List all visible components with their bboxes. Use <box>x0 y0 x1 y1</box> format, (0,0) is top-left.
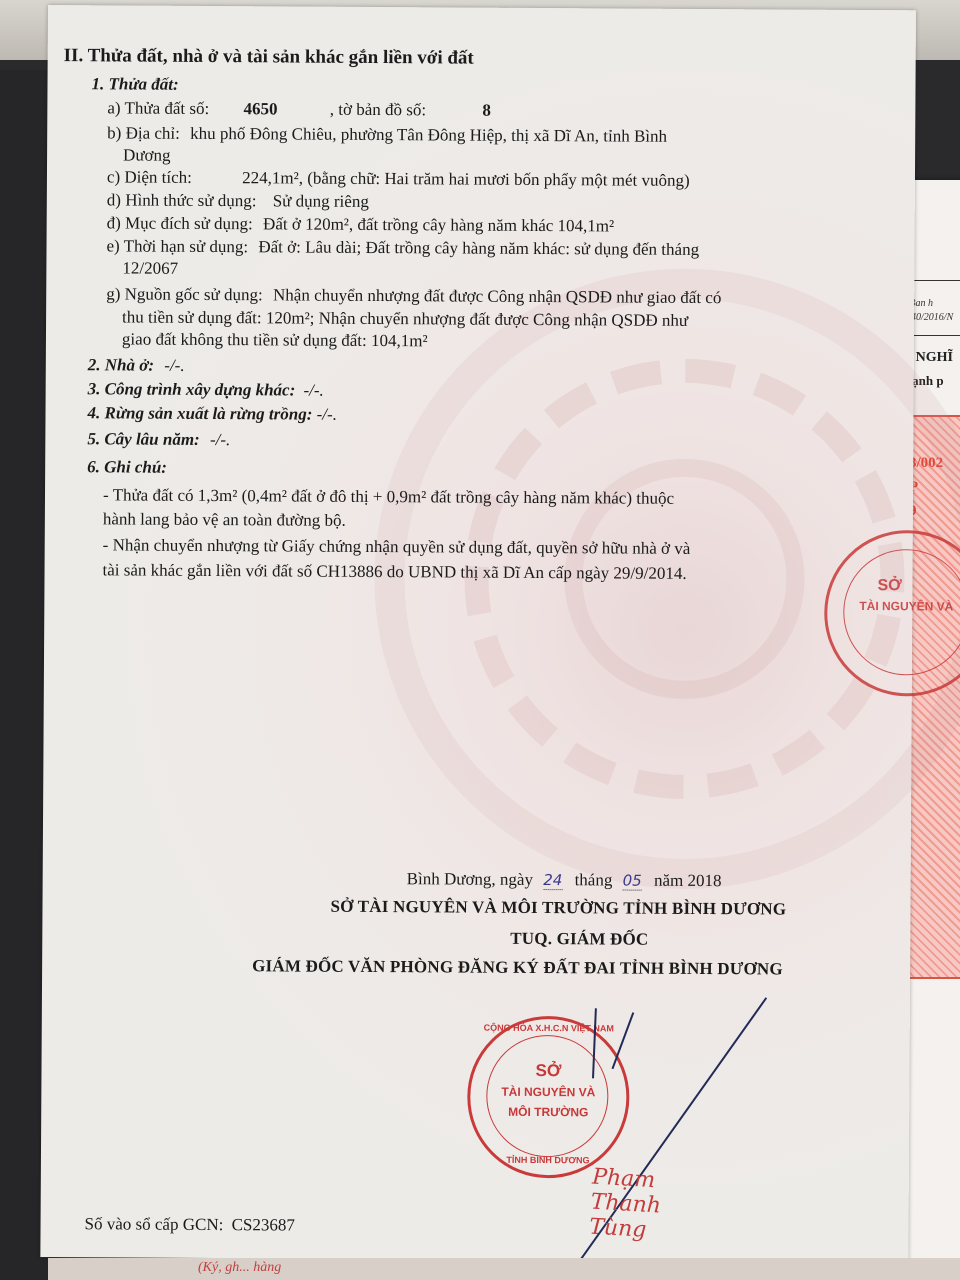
note-line-1: - Thửa đất có 1,3m² (0,4m² đất ở đô thị … <box>103 485 674 508</box>
date-month: 05 <box>623 872 642 891</box>
usage-term-value: Đất ở: Lâu dài; Đất trồng cây hàng năm k… <box>258 237 699 259</box>
seal-center-line-3: MÔI TRƯỜNG <box>470 1105 626 1120</box>
seal-outer-top-text: CỘNG HÒA X.H.C.N VIỆT NAM <box>471 1023 627 1034</box>
registry-value: CS23687 <box>232 1215 295 1234</box>
seal-center-line-1: SỞ <box>470 1061 626 1082</box>
issuing-org: SỞ TÀI NGUYÊN VÀ MÔI TRƯỜNG TỈNH BÌNH DƯ… <box>330 897 786 920</box>
registry-row: Số vào sổ cấp GCN: CS23687 <box>84 1214 294 1235</box>
usage-form-label: d) Hình thức sử dụng: <box>107 190 257 210</box>
signer-role-2: GIÁM ĐỐC VĂN PHÒNG ĐĂNG KÝ ĐẤT ĐAI TỈNH … <box>252 956 922 980</box>
usage-purpose-row: đ) Mục đích sử dụng: Đất ở 120m², đất tr… <box>107 213 615 236</box>
production-forest-label: 4. Rừng sản xuất là rừng trồng: <box>87 403 312 423</box>
origin-value-cont-1: thu tiền sử dụng đất: 120m²; Nhận chuyển… <box>122 307 688 330</box>
house-row: 2. Nhà ở: -/-. <box>88 355 185 376</box>
origin-value-cont-2: giao đất không thu tiền sử dụng đất: 104… <box>122 329 428 351</box>
parcel-heading: 1. Thửa đất: <box>91 74 178 95</box>
parcel-number-label: a) Thửa đất số: <box>107 98 209 118</box>
note-line-4: tài sản khác gắn liền với đất số CH13886… <box>102 560 686 584</box>
signer-name: Phạm Thanh Tùng <box>589 1165 664 1244</box>
note-line-2: hành lang bảo vệ an toàn đường bộ. <box>103 509 346 530</box>
date-month-label: tháng <box>575 870 613 889</box>
address-value-cont: Dương <box>123 145 171 165</box>
perennial-trees-label: 5. Cây lâu năm: <box>87 429 200 449</box>
usage-term-value-cont: 12/2067 <box>122 258 178 278</box>
map-sheet-label: , tờ bản đồ số: <box>330 100 426 120</box>
notes-label: 6. Ghi chú: <box>87 457 167 476</box>
map-sheet-value: 8 <box>482 101 491 120</box>
house-label: 2. Nhà ở: <box>88 355 154 374</box>
underlying-bottom-italic: (Ký, gh... hàng <box>198 1260 281 1276</box>
signer-role-1: TUQ. GIÁM ĐỐC <box>510 929 648 950</box>
address-value: khu phố Đông Chiêu, phường Tân Đông Hiệp… <box>190 124 667 146</box>
house-value: -/-. <box>164 356 184 375</box>
seal-center-line-1: SỞ <box>877 577 960 596</box>
other-construction-value: -/-. <box>303 381 323 400</box>
registry-label: Số vào sổ cấp GCN: <box>84 1214 223 1234</box>
usage-term-label: e) Thời hạn sử dụng: <box>106 236 248 256</box>
note-line-3: - Nhận chuyển nhượng từ Giấy chứng nhận … <box>103 535 691 559</box>
seal-center-line-2: TÀI NGUYÊN VÀ <box>470 1085 626 1100</box>
certificate-page: II. Thửa đất, nhà ở và tài sản khác gắn … <box>40 5 916 1262</box>
origin-row: g) Nguồn gốc sử dụng: Nhận chuyển nhượng… <box>106 284 721 308</box>
notes-row: 6. Ghi chú: <box>87 457 167 477</box>
date-day: 24 <box>543 871 562 890</box>
production-forest-value: -/-. <box>317 405 337 424</box>
usage-form-value: Sử dụng riêng <box>273 191 369 211</box>
area-label: c) Diện tích: <box>107 167 192 187</box>
place-date-row: Bình Dương, ngày 24 tháng 05 năm 2018 <box>407 869 722 891</box>
underlying-document-bottom: (Ký, gh... hàng <box>48 1258 960 1280</box>
usage-purpose-value: Đất ở 120m², đất trồng cây hàng năm khác… <box>263 214 614 235</box>
date-year: năm 2018 <box>654 871 722 890</box>
perennial-trees-value: -/-. <box>210 430 230 449</box>
area-value: 224,1m², (bằng chữ: Hai trăm hai mươi bố… <box>242 168 690 190</box>
origin-label: g) Nguồn gốc sử dụng: <box>106 284 263 304</box>
other-construction-label: 3. Công trình xây dựng khác: <box>88 379 296 399</box>
usage-term-row: e) Thời hạn sử dụng: Đất ở: Lâu dài; Đất… <box>106 236 699 260</box>
seal-outer-bottom-text: TỈNH BÌNH DƯƠNG <box>470 1155 626 1166</box>
section-title: II. Thửa đất, nhà ở và tài sản khác gắn … <box>64 45 474 70</box>
production-forest-row: 4. Rừng sản xuất là rừng trồng: -/-. <box>87 403 337 425</box>
perennial-trees-row: 5. Cây lâu năm: -/-. <box>87 429 230 450</box>
red-seal-stamp: CỘNG HÒA X.H.C.N VIỆT NAM SỞ TÀI NGUYÊN … <box>467 1016 630 1179</box>
parcel-number-value: 4650 <box>243 99 277 118</box>
address-row: b) Địa chỉ: khu phố Đông Chiêu, phường T… <box>107 123 667 146</box>
place-date-prefix: Bình Dương, ngày <box>407 869 533 889</box>
seal-center-line-2: TÀI NGUYÊN VÀ <box>859 599 960 614</box>
other-construction-row: 3. Công trình xây dựng khác: -/-. <box>88 379 324 400</box>
parcel-number-row: a) Thửa đất số: 4650 , tờ bản đồ số: 8 <box>107 98 491 120</box>
usage-form-row: d) Hình thức sử dụng: Sử dụng riêng <box>107 190 369 212</box>
area-row: c) Diện tích: 224,1m², (bằng chữ: Hai tr… <box>107 167 690 191</box>
address-label: b) Địa chỉ: <box>107 123 180 142</box>
usage-purpose-label: đ) Mục đích sử dụng: <box>107 213 253 233</box>
origin-value: Nhận chuyển nhượng đất được Công nhận QS… <box>273 285 721 307</box>
